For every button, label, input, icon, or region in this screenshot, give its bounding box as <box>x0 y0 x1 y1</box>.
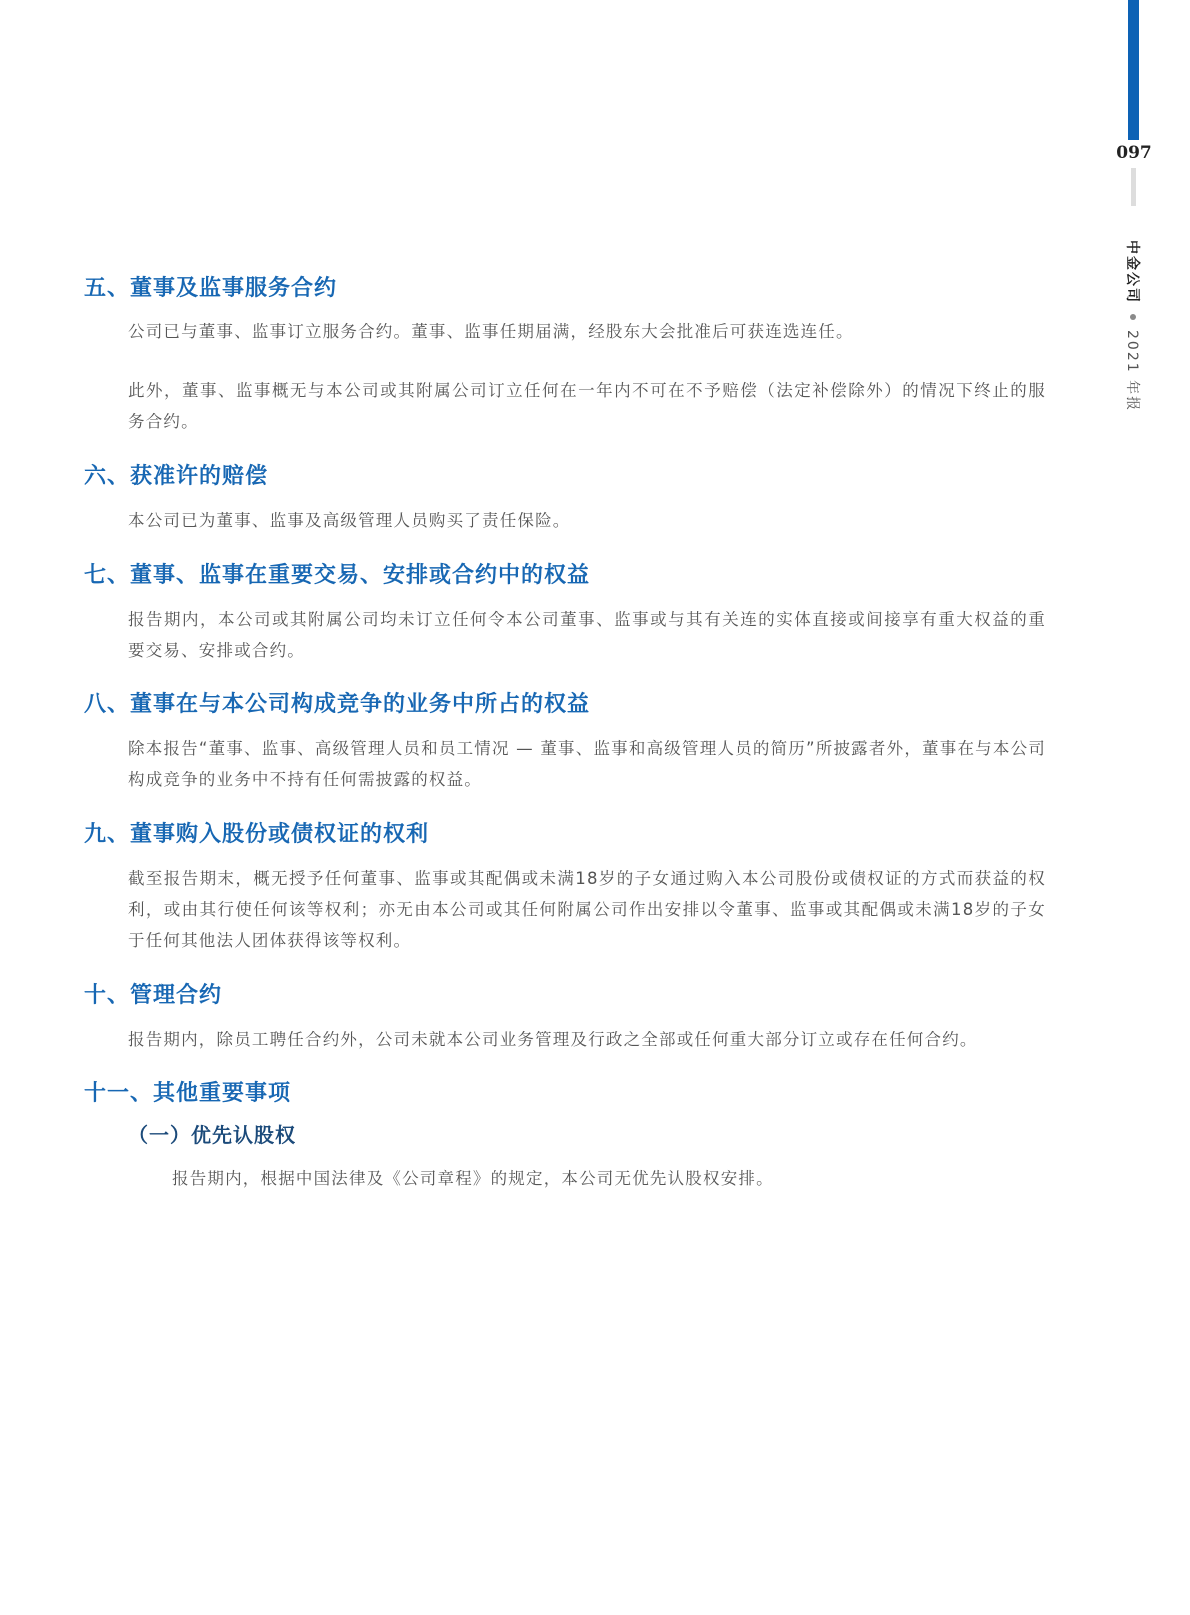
page-number: 097 <box>1110 143 1158 163</box>
section-heading-8: 八、董事在与本公司构成竞争的业务中所占的权益 <box>84 691 590 719</box>
section-heading-9: 九、董事购入股份或债权证的权利 <box>84 821 429 849</box>
paragraph: 截至报告期末，概无授予任何董事、监事或其配偶或未满18岁的子女通过购入本公司股份… <box>128 863 1046 956</box>
paragraph: 此外，董事、监事概无与本公司或其附属公司订立任何在一年内不可在不予赔偿（法定补偿… <box>128 375 1046 437</box>
accent-bar <box>1128 0 1139 140</box>
paragraph: 报告期内，本公司或其附属公司均未订立任何令本公司董事、监事或与其有关连的实体直接… <box>128 604 1046 666</box>
running-header: 中金公司 2021 年报 <box>1123 240 1143 412</box>
section-heading-5: 五、董事及监事服务合约 <box>84 275 337 303</box>
section-heading-10: 十、管理合约 <box>84 982 222 1010</box>
company-name: 中金公司 <box>1123 240 1143 304</box>
section-heading-11: 十一、其他重要事项 <box>84 1080 291 1108</box>
paragraph: 报告期内，除员工聘任合约外，公司未就本公司业务管理及行政之全部或任何重大部分订立… <box>128 1024 1046 1055</box>
paragraph: 本公司已为董事、监事及高级管理人员购买了责任保险。 <box>128 505 1046 536</box>
paragraph: 除本报告“董事、监事、高级管理人员和员工情况 — 董事、监事和高级管理人员的简历… <box>128 733 1046 795</box>
section-heading-6: 六、获准许的赔偿 <box>84 463 268 491</box>
section-heading-7: 七、董事、监事在重要交易、安排或合约中的权益 <box>84 562 590 590</box>
bullet-dot-icon <box>1130 314 1136 320</box>
paragraph: 报告期内，根据中国法律及《公司章程》的规定，本公司无优先认股权安排。 <box>172 1163 1046 1194</box>
report-year: 2021 年报 <box>1123 330 1143 412</box>
divider-bar <box>1131 168 1136 206</box>
subsection-heading-1: （一）优先认股权 <box>128 1122 296 1148</box>
paragraph: 公司已与董事、监事订立服务合约。董事、监事任期届满，经股东大会批准后可获连选连任… <box>128 316 1046 347</box>
